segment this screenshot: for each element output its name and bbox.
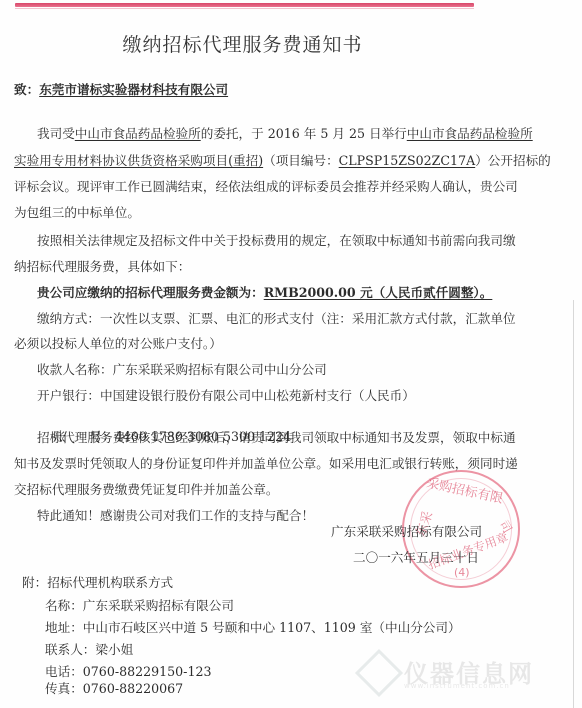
project-name-end: 实验用专用材料协议供货资格采购项目(重招) xyxy=(14,153,263,168)
site-watermark: 仪器信息网 www.instrument.com.cn xyxy=(362,654,552,694)
header-red-rule xyxy=(15,3,474,7)
appendix-heading: 附：招标代理机构联系方式 xyxy=(22,575,173,591)
payee-label: 收款人名称： xyxy=(37,362,113,377)
page-edge-line xyxy=(573,300,574,708)
text: （项目编号： xyxy=(263,153,339,168)
text: 的委托，于 2016 年 5 月 25 日举行 xyxy=(201,126,407,141)
para3-line3: 交招标代理服务费缴费凭证复印件并加盖公章。 xyxy=(14,482,278,498)
appendix-phone: 电话：0760-88229150-123 xyxy=(45,664,211,680)
watermark-url: www.instrument.com.cn xyxy=(404,682,510,690)
para3-line1: 招标代理服务费经核实已经到账后，请贵司到我司领取中标通知书及发票，领取中标通 xyxy=(37,430,516,446)
payment-line1: 缴纳方式：一次性以支票、汇票、电汇的形式支付（注：采用汇款方式付款，汇款单位 xyxy=(37,311,516,327)
header-red-rule-thin xyxy=(15,8,474,9)
fee-amount: RMB2000.00 元（人民币贰仟圆整）。 xyxy=(264,285,493,300)
para1-line3: 评标会议。现评审工作已圆满结束，经依法组成的评标委员会推荐并经采购人确认，贵公司 xyxy=(14,179,518,195)
watermark-logo-icon xyxy=(355,649,403,697)
addressee-line: 致：东莞市谱标实验器材科技有限公司 xyxy=(14,82,228,98)
payment-line2: 必须以投标人单位的对公账户支付。） xyxy=(14,336,222,352)
client-name: 中山市食品药品检验所 xyxy=(75,126,201,141)
text: 我司受 xyxy=(37,126,75,141)
bank-name: 中国建设银行股份有限公司中山松苑新村支行（人民币） xyxy=(100,388,415,403)
closing-line: 特此通知！感谢贵公司对我们工作的支持与配合！ xyxy=(37,508,314,524)
para1-line4: 为包组三的中标单位。 xyxy=(14,205,140,221)
bank-line: 开户银行：中国建设银行股份有限公司中山松苑新村支行（人民币） xyxy=(37,388,415,404)
para2-line1: 按照相关法律规定及招标文件中关于投标费用的规定，在领取中标通知书前需向我司缴 xyxy=(37,233,516,249)
fee-label: 贵公司应缴纳的招标代理服务费金额为： xyxy=(37,285,264,300)
payee-line: 收款人名称：广东采联采购招标有限公司中山分公司 xyxy=(37,362,327,378)
appendix-name: 名称：广东采联采购招标有限公司 xyxy=(45,598,234,614)
para3-line2: 知书及发票时凭领取人的身份证复印件并加盖单位公章。如采用电汇或银行转账，须同时递 xyxy=(14,456,518,472)
fee-line: 贵公司应缴纳的招标代理服务费金额为：RMB2000.00 元（人民币贰仟圆整）。 xyxy=(37,285,492,301)
document-title: 缴纳招标代理服务费通知书 xyxy=(0,30,485,57)
para1-line2: 实验用专用材料协议供货资格采购项目(重招)（项目编号：CLPSP15ZS02ZC… xyxy=(14,153,551,169)
signature-date: 二〇一六年五月三十日 xyxy=(353,547,479,566)
para2-line2: 纳招标代理服务费，具体如下： xyxy=(14,259,190,275)
seal-number: (4) xyxy=(454,566,470,579)
signature-company: 广东采联采购招标有限公司 xyxy=(331,521,482,540)
payee-name: 广东采联采购招标有限公司中山分公司 xyxy=(113,362,327,377)
addressee-prefix: 致： xyxy=(14,82,39,97)
appendix-contact: 联系人：梁小姐 xyxy=(45,642,133,658)
addressee-company: 东莞市谱标实验器材科技有限公司 xyxy=(39,82,228,97)
appendix-address: 地址：中山市石岐区兴中道 5 号颐和中心 1107、1109 室（中山分公司） xyxy=(45,620,461,636)
project-name-start: 中山市食品药品检验所 xyxy=(407,126,533,141)
para1-line1: 我司受中山市食品药品检验所的委托，于 2016 年 5 月 25 日举行中山市食… xyxy=(37,126,533,142)
text: ）公开招标的 xyxy=(475,153,551,168)
appendix-fax: 传真：0760-88220067 xyxy=(45,681,183,697)
project-code: CLPSP15ZS02ZC17A xyxy=(339,153,476,168)
bank-label: 开户银行： xyxy=(37,388,100,403)
document-page: 缴纳招标代理服务费通知书 致：东莞市谱标实验器材科技有限公司 我司受中山市食品药… xyxy=(0,0,582,708)
